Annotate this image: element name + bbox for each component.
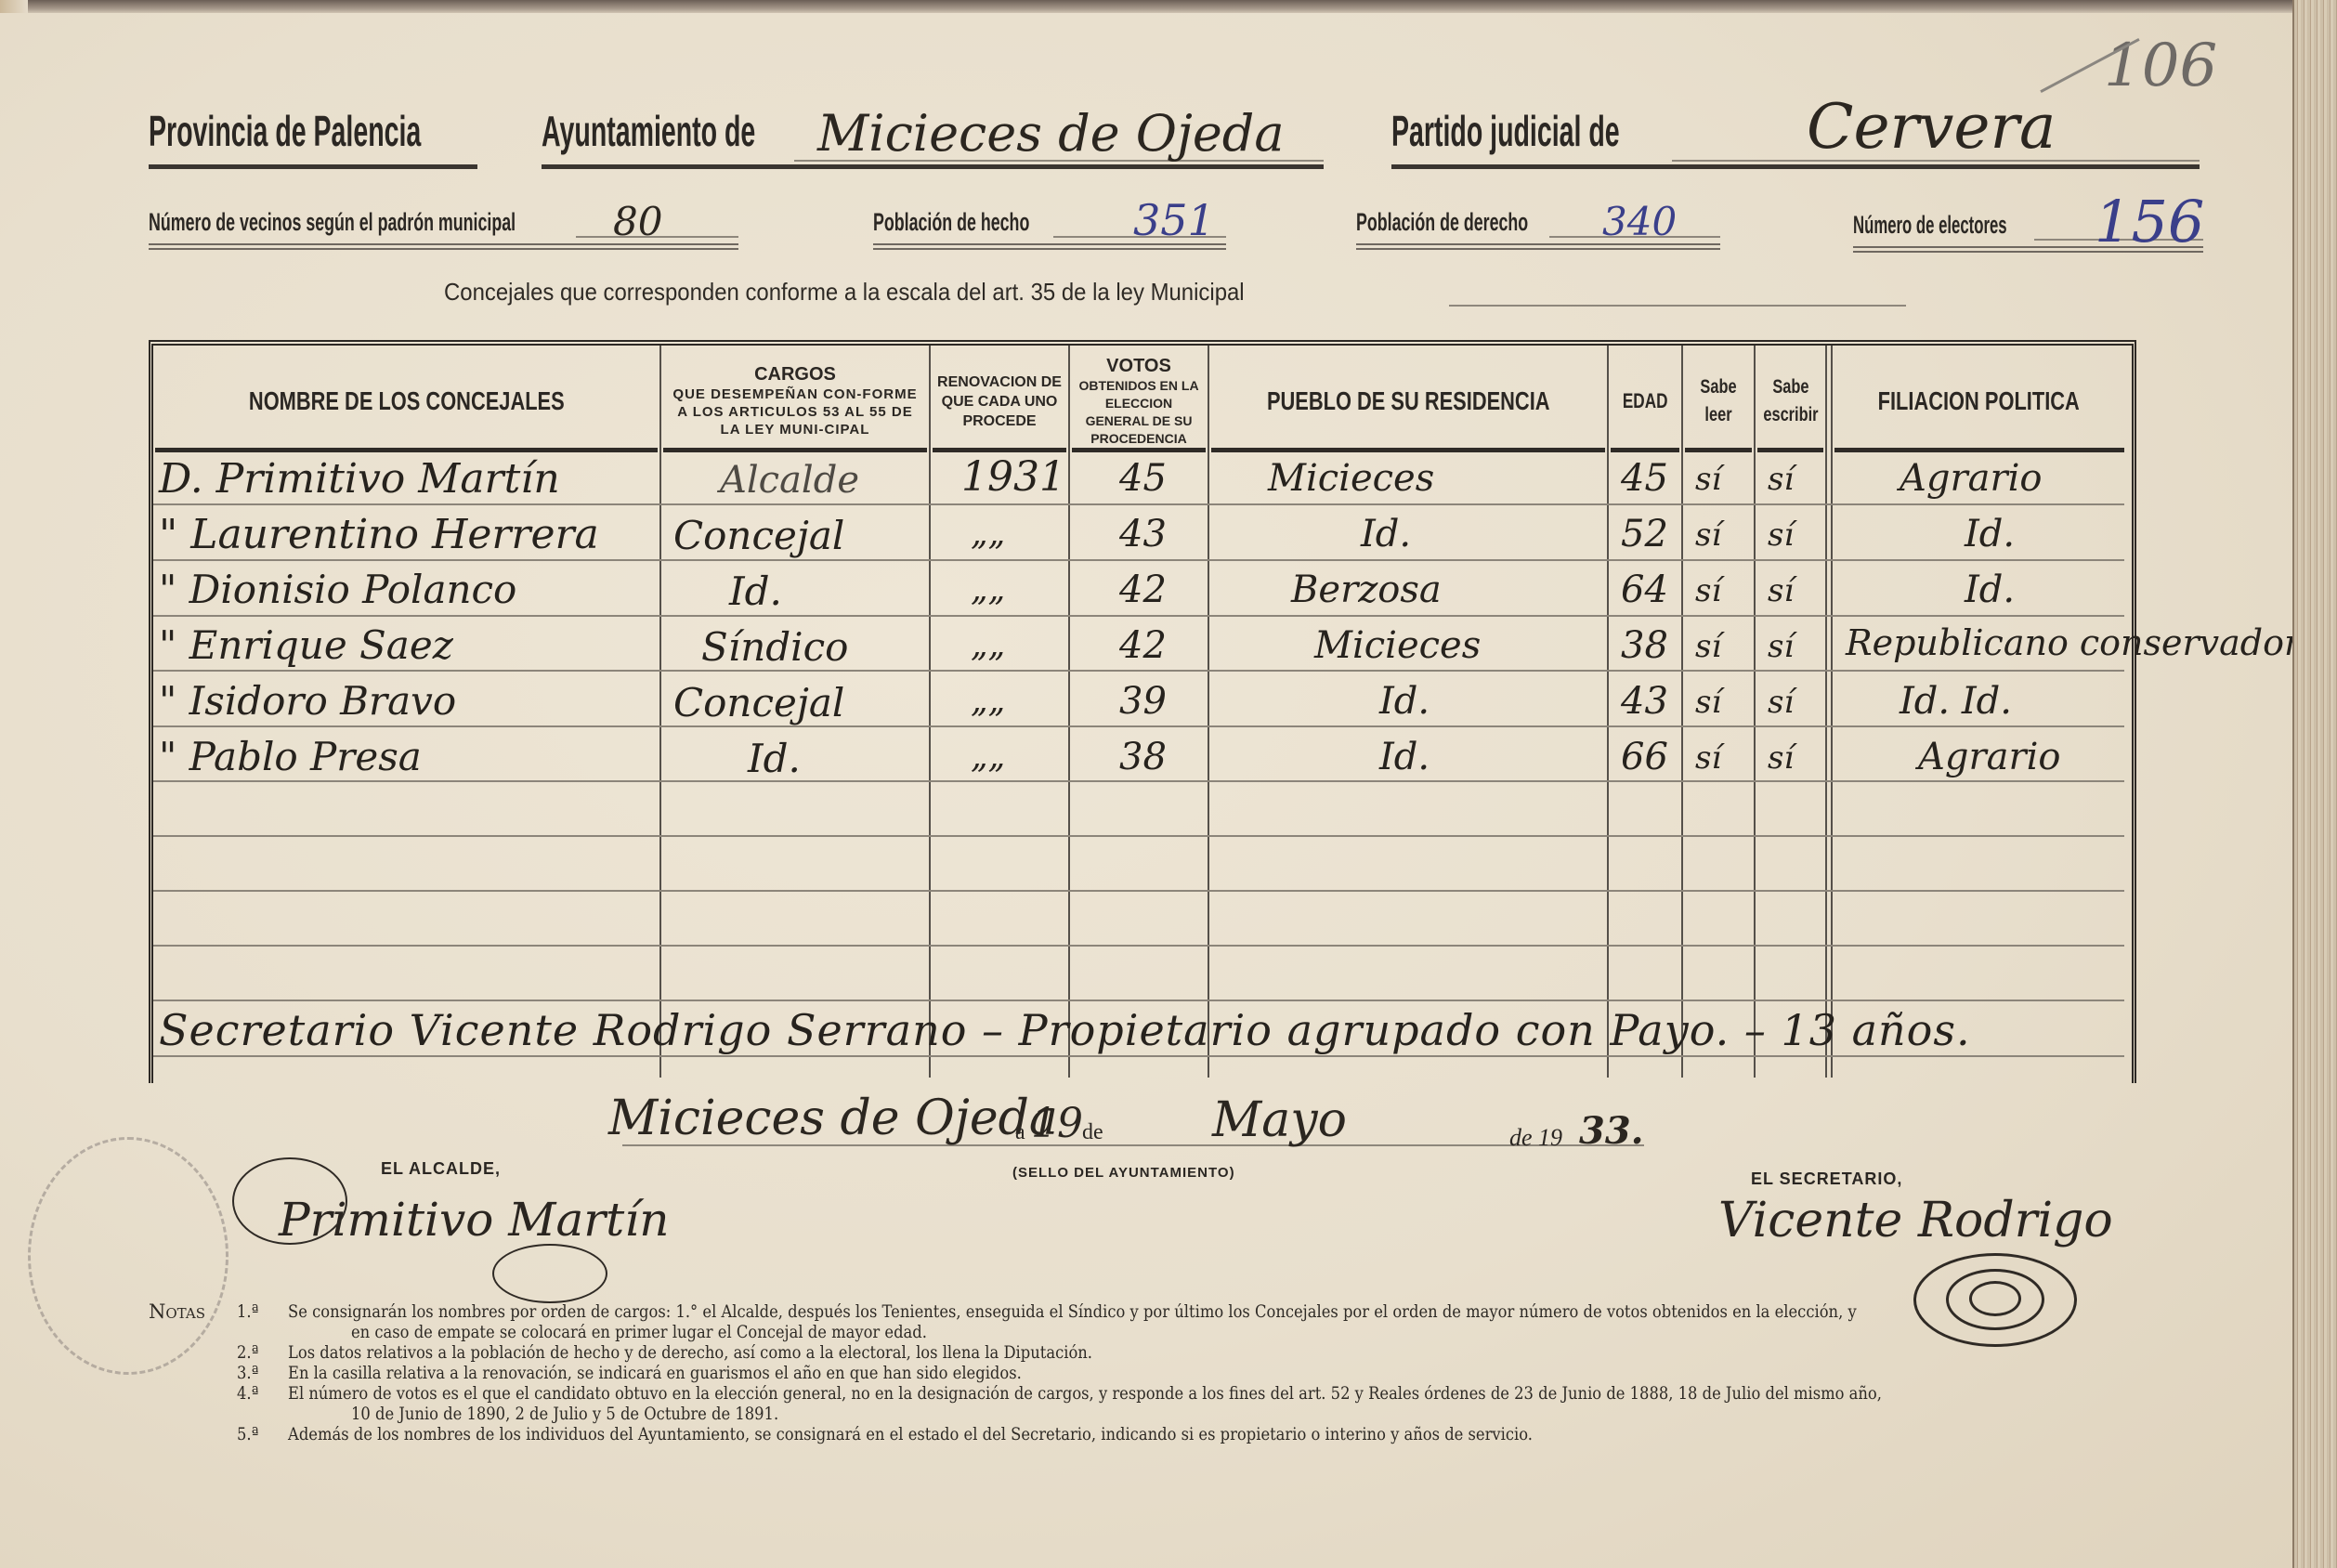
cell-escribir: sí — [1768, 628, 1794, 665]
date-a-label: a — [1015, 1120, 1025, 1145]
secretario-signature: Vicente Rodrigo — [1718, 1193, 2113, 1248]
date-month: Mayo — [1212, 1092, 1347, 1148]
header-filiacion-label: FILIACION POLITICA — [1877, 386, 2079, 416]
cell-cargo: Alcalde — [720, 459, 859, 502]
date-day: 19 — [1031, 1100, 1083, 1147]
cell-cargo: Concejal — [673, 513, 844, 558]
col-divider — [1754, 346, 1756, 1078]
cell-leer: sí — [1695, 739, 1721, 777]
header-rule — [933, 448, 1066, 452]
cell-filiacion: Id. — [1965, 568, 2015, 611]
cell-nombre: " Pablo Presa — [159, 734, 422, 779]
header-cargos-sub: QUE DESEMPEÑAN CON-FORME A LOS ARTICULOS… — [661, 385, 929, 438]
header-rule — [663, 448, 927, 452]
cell-leer: sí — [1695, 516, 1721, 554]
row-line — [153, 559, 2124, 561]
cell-renovacion: „„ — [971, 515, 1005, 553]
note-2-text: Los datos relativos a la población de he… — [288, 1342, 1092, 1363]
cell-escribir: sí — [1768, 516, 1794, 554]
note-1: 1.ªSe consignarán los nombres por orden … — [237, 1301, 1857, 1322]
folio-number: 106 — [2104, 32, 2217, 100]
cell-renovacion: 1931 — [961, 453, 1065, 501]
notes-label: Notas — [149, 1301, 205, 1322]
note-1-number: 1.ª — [237, 1301, 288, 1322]
col-divider — [1681, 346, 1683, 1078]
header-votos-sub: OBTENIDOS EN LA ELECCION GENERAL DE SU P… — [1070, 377, 1208, 448]
header-votos-title: VOTOS — [1106, 356, 1171, 377]
cell-edad: 66 — [1621, 736, 1668, 778]
cell-renovacion: „„ — [971, 682, 1005, 720]
note-2-number: 2.ª — [237, 1342, 288, 1363]
cell-leer: sí — [1695, 628, 1721, 665]
row-line — [153, 1055, 2124, 1057]
poblacion-hecho-value: 351 — [1133, 195, 1215, 245]
vecinos-double-2 — [149, 248, 738, 250]
cell-filiacion: Agrario — [1900, 457, 2042, 500]
poblacion-hecho-double-2 — [873, 248, 1226, 250]
poblacion-derecho-value: 340 — [1602, 199, 1677, 244]
header-edad-label: EDAD — [1623, 389, 1668, 413]
header-rule — [1757, 448, 1823, 452]
document-page: 106 Provincia de Palencia Ayuntamiento d… — [0, 13, 2295, 1568]
subtitle-fill-line — [1449, 305, 1906, 307]
vecinos-label: Número de vecinos según el padrón munici… — [149, 208, 516, 237]
cell-renovacion: „„ — [971, 738, 1005, 776]
header-votos: VOTOS OBTENIDOS EN LA ELECCION GENERAL D… — [1070, 355, 1208, 448]
cell-filiacion: Republicano conservador — [1846, 622, 2301, 663]
cell-pueblo: Id. — [1361, 513, 1411, 555]
cell-cargo: Id. — [748, 736, 801, 781]
cell-escribir: sí — [1768, 684, 1794, 721]
cell-leer: sí — [1695, 572, 1721, 609]
note-5: 5.ªAdemás de los nombres de los individu… — [237, 1424, 1533, 1444]
cell-nombre: " Isidoro Bravo — [159, 678, 456, 724]
cell-edad: 64 — [1621, 568, 1668, 611]
cell-renovacion: „„ — [971, 626, 1005, 664]
cell-escribir: sí — [1768, 461, 1794, 498]
header-rule — [1072, 448, 1206, 452]
header-escribir: Sabe escribir — [1756, 355, 1825, 448]
alcalde-flourish — [492, 1244, 607, 1303]
note-4-number: 4.ª — [237, 1383, 288, 1404]
ayuntamiento-label: Ayuntamiento de — [542, 106, 755, 156]
cell-pueblo: Id. — [1379, 736, 1430, 778]
cell-votos: 42 — [1119, 568, 1167, 611]
date-de-label: de — [1082, 1120, 1103, 1145]
note-2: 2.ªLos datos relativos a la población de… — [237, 1342, 1092, 1363]
ayuntamiento-underline — [542, 164, 1324, 169]
row-line — [153, 780, 2124, 782]
header-rule — [155, 448, 658, 452]
header-rule — [1211, 448, 1605, 452]
row-line — [153, 890, 2124, 892]
cell-pueblo: Micieces — [1314, 624, 1481, 667]
secretary-line: Secretario Vicente Rodrigo Serrano – Pro… — [159, 1005, 1971, 1055]
secretario-label: EL SECRETARIO, — [1751, 1169, 1902, 1189]
date-year-prefix: de 19 — [1509, 1124, 1562, 1152]
sello-label: (SELLO DEL AYUNTAMIENTO) — [1012, 1165, 1235, 1181]
cell-filiacion: Agrario — [1918, 736, 2060, 778]
provincia-label: Provincia de Palencia — [149, 106, 421, 156]
header-rule — [1834, 448, 2124, 452]
cell-votos: 42 — [1119, 624, 1167, 667]
partido-underline — [1391, 164, 2200, 169]
header-rule — [1685, 448, 1752, 452]
col-divider — [1208, 346, 1209, 1078]
cell-renovacion: „„ — [971, 570, 1005, 608]
alcalde-flourish — [232, 1157, 347, 1245]
cell-cargo: Concejal — [673, 680, 844, 725]
note-5-text: Además de los nombres de los individuos … — [288, 1424, 1533, 1444]
note-3-text: En la casilla relativa a la renovación, … — [288, 1363, 1022, 1383]
cell-pueblo: Id. — [1379, 680, 1430, 723]
vecinos-value: 80 — [613, 199, 662, 244]
header-leer-label: Sabe leer — [1697, 373, 1741, 429]
secretario-flourish — [1969, 1281, 2021, 1316]
col-divider — [659, 346, 661, 1078]
alcalde-label: EL ALCALDE, — [381, 1159, 501, 1179]
header-filiacion: FILIACION POLITICA — [1833, 355, 2124, 448]
cell-votos: 45 — [1119, 457, 1167, 500]
col-divider — [1607, 346, 1609, 1078]
row-line — [153, 945, 2124, 947]
cell-leer: sí — [1695, 461, 1721, 498]
ayuntamiento-value: Micieces de Ojeda — [817, 104, 1285, 163]
note-5-number: 5.ª — [237, 1424, 288, 1444]
header-cargos-title: CARGOS — [754, 364, 836, 385]
header-pueblo: PUEBLO DE SU RESIDENCIA — [1209, 355, 1607, 448]
note-3: 3.ªEn la casilla relativa a la renovació… — [237, 1363, 1022, 1383]
col-divider — [929, 346, 931, 1078]
header-nombre-label: NOMBRE DE LOS CONCEJALES — [249, 386, 565, 416]
cell-edad: 43 — [1621, 680, 1668, 723]
cell-votos: 38 — [1119, 736, 1167, 778]
cell-votos: 39 — [1119, 680, 1167, 723]
header-leer: Sabe leer — [1683, 355, 1754, 448]
header-nombre: NOMBRE DE LOS CONCEJALES — [153, 355, 659, 448]
row-line — [153, 503, 2124, 505]
partido-label: Partido judicial de — [1391, 106, 1620, 156]
row-line — [153, 725, 2124, 727]
row-line — [153, 670, 2124, 672]
cell-nombre: " Dionisio Polanco — [159, 567, 516, 612]
date-year-suffix: 33. — [1579, 1109, 1644, 1153]
note-4: 4.ªEl número de votos es el que el candi… — [237, 1383, 1882, 1404]
poblacion-hecho-label: Población de hecho — [873, 208, 1029, 237]
header-escribir-label: Sabe escribir — [1763, 373, 1818, 429]
header-renovacion-label: RENOVACION DE QUE CADA UNO PROCEDE — [931, 372, 1068, 431]
col-divider — [1831, 346, 1833, 1078]
header-edad: EDAD — [1609, 355, 1681, 448]
municipal-stamp — [28, 1137, 228, 1375]
cell-escribir: sí — [1768, 572, 1794, 609]
row-line — [153, 615, 2124, 617]
note-1-cont: en caso de empate se colocará en primer … — [351, 1322, 927, 1342]
cell-escribir: sí — [1768, 739, 1794, 777]
poblacion-derecho-double-2 — [1356, 248, 1720, 250]
electores-label: Número de electores — [1853, 211, 2007, 240]
note-3-number: 3.ª — [237, 1363, 288, 1383]
cell-cargo: Síndico — [701, 624, 848, 670]
cell-pueblo: Berzosa — [1291, 568, 1442, 611]
header-rule — [1611, 448, 1679, 452]
cell-edad: 52 — [1621, 513, 1668, 555]
cell-cargo: Id. — [729, 568, 782, 614]
concejales-table: NOMBRE DE LOS CONCEJALES CARGOS QUE DESE… — [149, 340, 2136, 1083]
cell-edad: 45 — [1621, 457, 1668, 500]
cell-nombre: D. Primitivo Martín — [159, 455, 560, 503]
page-edge-right — [2292, 0, 2337, 1568]
provincia-underline — [149, 164, 477, 169]
cell-nombre: " Enrique Saez — [159, 622, 453, 668]
note-1-text: Se consignarán los nombres por orden de … — [288, 1301, 1857, 1322]
cell-leer: sí — [1695, 684, 1721, 721]
cell-filiacion: Id. Id. — [1900, 680, 2012, 723]
header-pueblo-label: PUEBLO DE SU RESIDENCIA — [1267, 386, 1550, 416]
row-line — [153, 1000, 2124, 1001]
cell-pueblo: Micieces — [1268, 457, 1434, 500]
cell-nombre: " Laurentino Herrera — [159, 511, 599, 558]
header-renovacion: RENOVACION DE QUE CADA UNO PROCEDE — [931, 355, 1068, 448]
col-divider — [1068, 346, 1070, 1078]
poblacion-derecho-label: Población de derecho — [1356, 208, 1528, 237]
cell-edad: 38 — [1621, 624, 1668, 667]
cell-votos: 43 — [1119, 513, 1167, 555]
row-line — [153, 835, 2124, 837]
col-divider — [1825, 346, 1827, 1078]
note-4-cont: 10 de Junio de 1890, 2 de Julio y 5 de O… — [351, 1404, 778, 1424]
partido-value: Cervera — [1807, 91, 2056, 163]
table-subtitle: Concejales que corresponden conforme a l… — [444, 278, 1245, 307]
header-cargos: CARGOS QUE DESEMPEÑAN CON-FORME A LOS AR… — [661, 355, 929, 448]
electores-value: 156 — [2095, 188, 2204, 255]
date-place: Micieces de Ojeda — [608, 1091, 1058, 1146]
cell-filiacion: Id. — [1965, 513, 2015, 555]
note-4-text: El número de votos es el que el candidat… — [288, 1383, 1882, 1404]
